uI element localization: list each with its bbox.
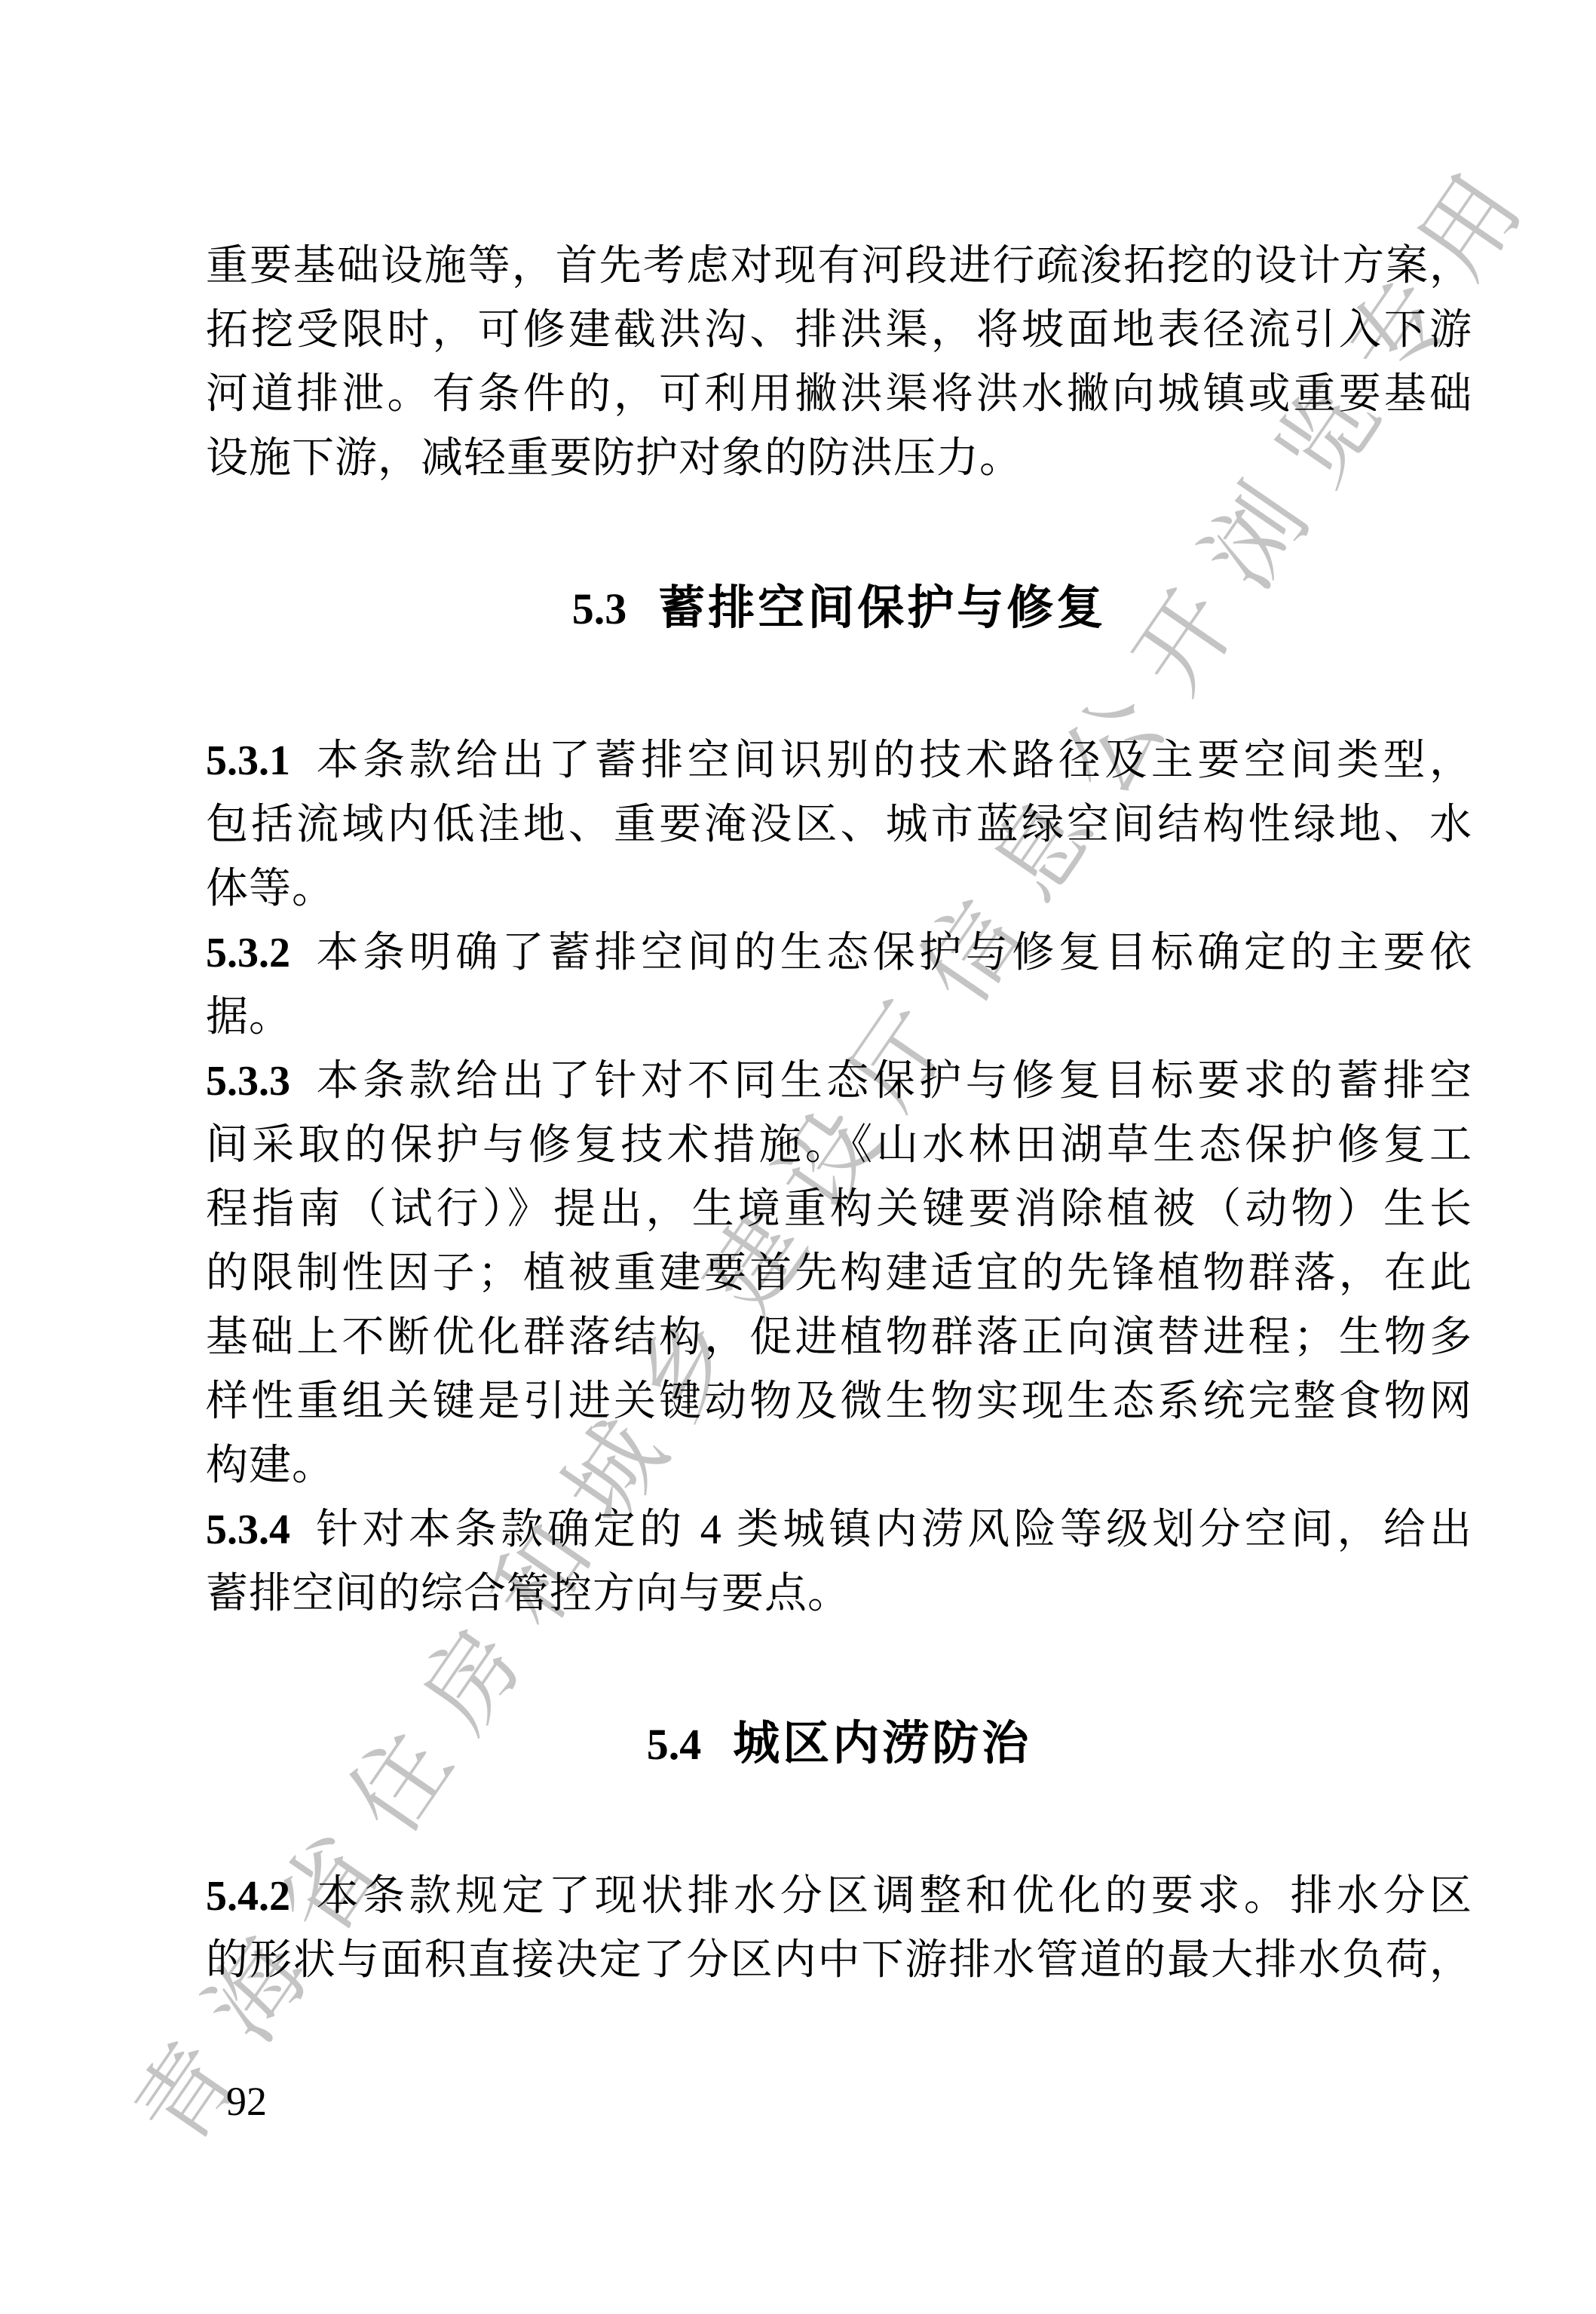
page-content: 重要基础设施等，首先考虑对现有河段进行疏浚拓挖的设计方案， 拓挖受限时，可修建截…: [206, 234, 1472, 1993]
text-line: 程指南（试行）》提出，生境重构关键要消除植被（动物）生长: [206, 1178, 1472, 1242]
text-line: 据。: [206, 985, 1472, 1050]
clause-text: 本条款规定了现状排水分区调整和优化的要求。排水分区: [313, 1873, 1472, 1920]
section-title: 城区内涝防治: [733, 1718, 1031, 1770]
clause-5-3-2: 5.3.2本条明确了蓄排空间的生态保护与修复目标确定的主要依 据。: [206, 921, 1472, 1050]
text-line: 5.3.3本条款给出了针对不同生态保护与修复目标要求的蓄排空: [206, 1050, 1472, 1114]
clause-5-3-4: 5.3.4针对本条款确定的 4 类城镇内涝风险等级划分空间，给出 蓄排空间的综合…: [206, 1498, 1472, 1626]
section-title: 蓄排空间保护与修复: [658, 582, 1106, 634]
text-line: 包括流域内低洼地、重要淹没区、城市蓝绿空间结构性绿地、水: [206, 793, 1472, 857]
section-number: 5.4: [647, 1720, 702, 1769]
paragraph-continuation: 重要基础设施等，首先考虑对现有河段进行疏浚拓挖的设计方案， 拓挖受限时，可修建截…: [206, 234, 1472, 491]
clause-number: 5.3.2: [206, 930, 290, 976]
text-line: 5.4.2本条款规定了现状排水分区调整和优化的要求。排水分区: [206, 1865, 1472, 1929]
section-heading-5-3: 5.3蓄排空间保护与修复: [206, 576, 1472, 642]
text-line: 河道排泄。有条件的，可利用撇洪渠将洪水撇向城镇或重要基础: [206, 363, 1472, 427]
text-line: 间采取的保护与修复技术措施。《山水林田湖草生态保护修复工: [206, 1114, 1472, 1178]
text-line: 体等。: [206, 857, 1472, 921]
text-line: 5.3.2本条明确了蓄排空间的生态保护与修复目标确定的主要依: [206, 921, 1472, 985]
clause-text: 本条明确了蓄排空间的生态保护与修复目标确定的主要依: [313, 930, 1472, 976]
page-number: 92: [226, 2078, 267, 2125]
text-line: 5.3.1本条款给出了蓄排空间识别的技术路径及主要空间类型，: [206, 729, 1472, 793]
clause-5-3-3: 5.3.3本条款给出了针对不同生态保护与修复目标要求的蓄排空 间采取的保护与修复…: [206, 1050, 1472, 1498]
text-line: 构建。: [206, 1434, 1472, 1498]
clause-5-3-1: 5.3.1本条款给出了蓄排空间识别的技术路径及主要空间类型， 包括流域内低洼地、…: [206, 729, 1472, 921]
text-line: 的限制性因子；植被重建要首先构建适宜的先锋植物群落，在此: [206, 1242, 1472, 1306]
text-line: 的形状与面积直接决定了分区内中下游排水管道的最大排水负荷，: [206, 1929, 1472, 1993]
clause-text: 针对本条款确定的 4 类城镇内涝风险等级划分空间，给出: [313, 1506, 1472, 1553]
clause-text: 本条款给出了针对不同生态保护与修复目标要求的蓄排空: [313, 1058, 1472, 1105]
document-page: 青海省住房和城乡建设厅信息公开浏览专用 重要基础设施等，首先考虑对现有河段进行疏…: [0, 0, 1596, 2314]
text-line: 样性重组关键是引进关键动物及微生物实现生态系统完整食物网: [206, 1370, 1472, 1434]
text-line: 蓄排空间的综合管控方向与要点。: [206, 1562, 1472, 1626]
clause-number: 5.3.4: [206, 1506, 290, 1553]
text-line: 拓挖受限时，可修建截洪沟、排洪渠，将坡面地表径流引入下游: [206, 299, 1472, 363]
clause-5-4-2: 5.4.2本条款规定了现状排水分区调整和优化的要求。排水分区 的形状与面积直接决…: [206, 1865, 1472, 1993]
text-line: 设施下游，减轻重要防护对象的防洪压力。: [206, 427, 1472, 491]
clause-text: 本条款给出了蓄排空间识别的技术路径及主要空间类型，: [313, 737, 1472, 784]
text-line: 基础上不断优化群落结构，促进植物群落正向演替进程；生物多: [206, 1306, 1472, 1370]
section-number: 5.3: [572, 584, 627, 633]
clause-number: 5.3.3: [206, 1058, 290, 1105]
section-heading-5-4: 5.4城区内涝防治: [206, 1712, 1472, 1778]
clause-number: 5.4.2: [206, 1873, 290, 1920]
clause-number: 5.3.1: [206, 737, 290, 784]
text-line: 重要基础设施等，首先考虑对现有河段进行疏浚拓挖的设计方案，: [206, 234, 1472, 299]
text-line: 5.3.4针对本条款确定的 4 类城镇内涝风险等级划分空间，给出: [206, 1498, 1472, 1562]
